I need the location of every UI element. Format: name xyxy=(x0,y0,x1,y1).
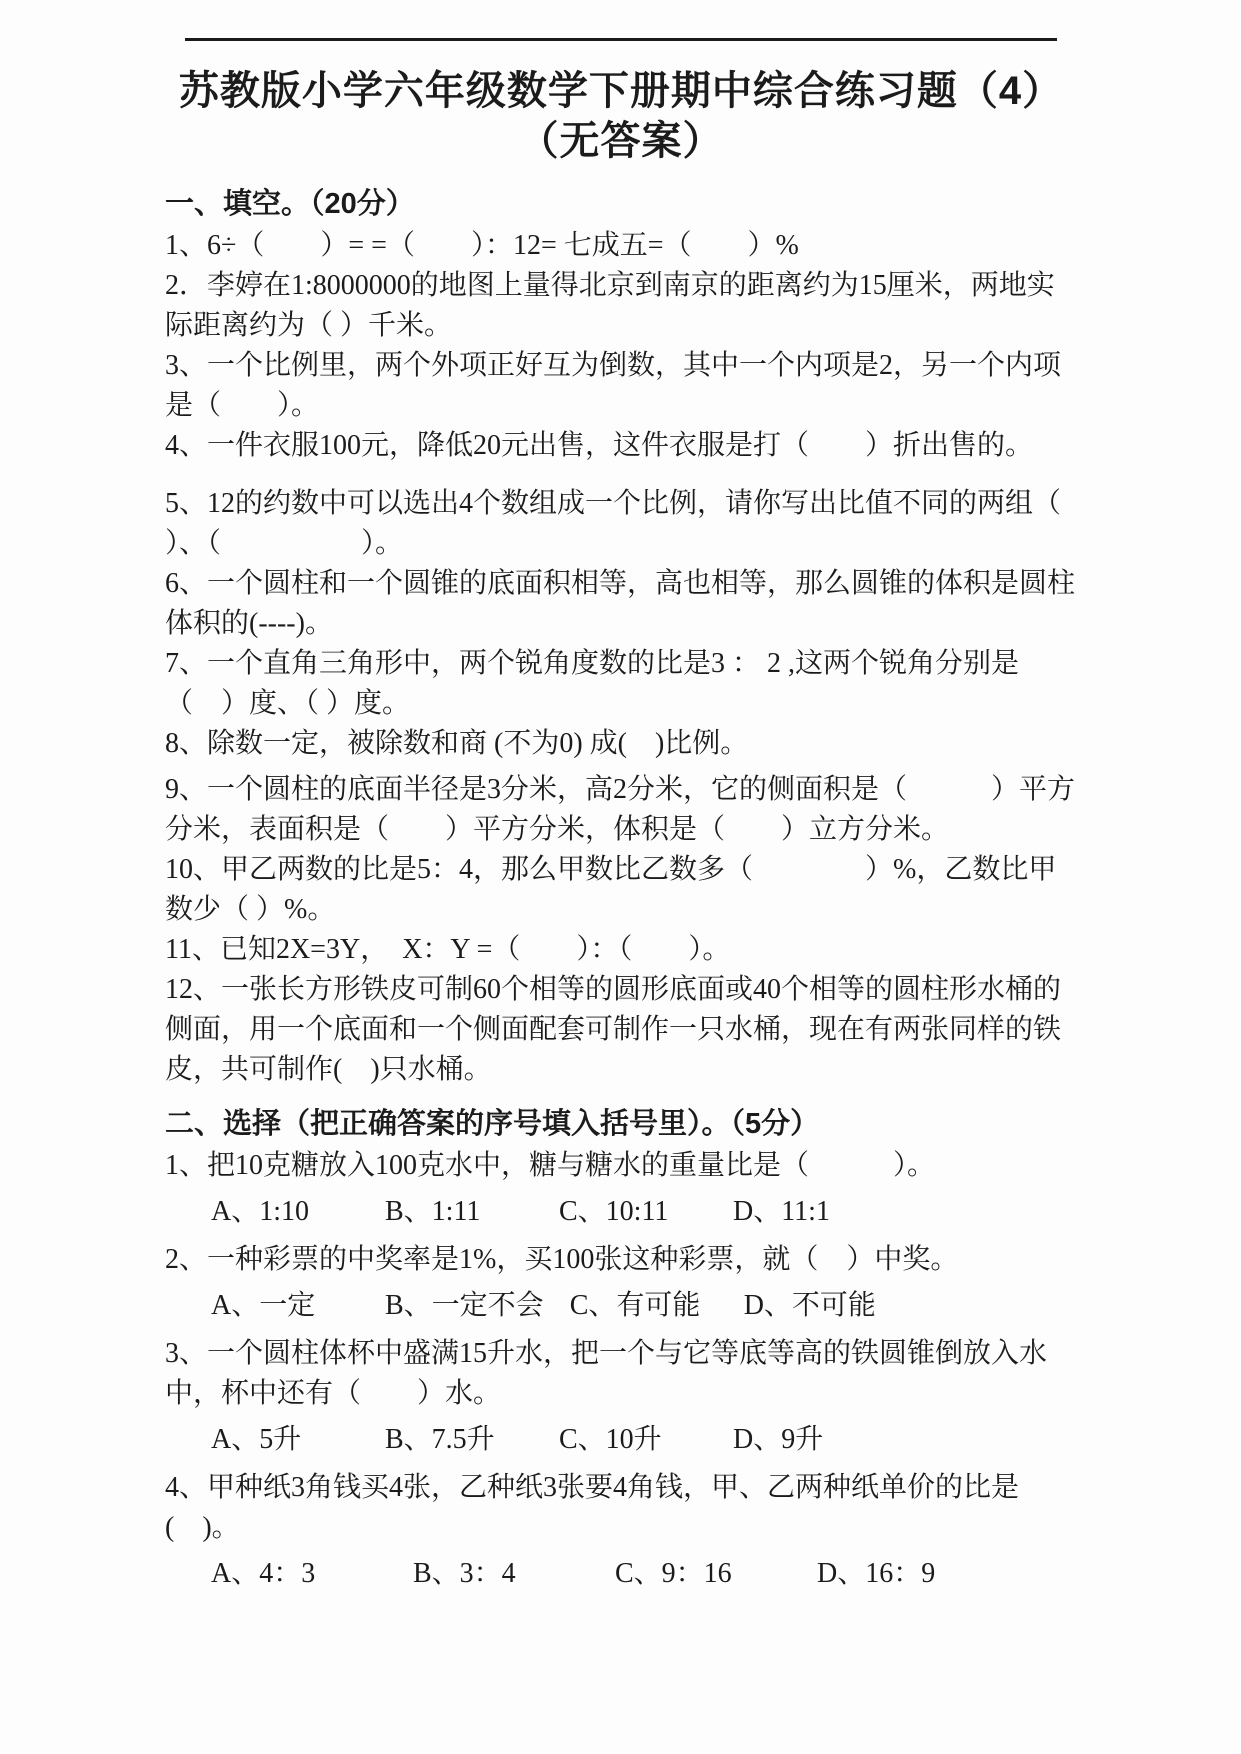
choice-question-2-options: A、一定 B、一定不会 C、有可能 D、不可能 xyxy=(165,1286,1077,1326)
option-b: B、3：4 xyxy=(413,1554,585,1594)
option-c: C、有可能 xyxy=(570,1286,718,1326)
option-b: B、7.5升 xyxy=(385,1420,533,1460)
section-2-heading: 二、选择（把正确答案的序号填入括号里）。（5分） xyxy=(165,1104,1077,1144)
fill-question-10: 10、甲乙两数的比是5：4，那么甲数比乙数多（ ）%，乙数比甲数少（ ）%。 xyxy=(165,850,1077,930)
fill-question-6: 6、一个圆柱和一个圆锥的底面积相等，高也相等，那么圆锥的体积是圆柱体积的(---… xyxy=(165,564,1077,644)
choice-question-1-options: A、1:10 B、1:11 C、10:11 D、11:1 xyxy=(165,1192,1077,1232)
section-multiple-choice: 二、选择（把正确答案的序号填入括号里）。（5分） 1、把10克糖放入100克水中… xyxy=(165,1104,1077,1594)
choice-question-4: 4、甲种纸3角钱买4张，乙种纸3张要4角钱，甲、乙两种纸单价的比是( )。 xyxy=(165,1468,1077,1548)
option-b: B、1:11 xyxy=(385,1192,533,1232)
fill-question-11: 11、已知2X=3Y， X：Y =（ ）：（ ）。 xyxy=(165,930,1077,970)
worksheet-content: 苏教版小学六年级数学下册期中综合练习题（4）（无答案） 一、填空。（20分） 1… xyxy=(165,56,1077,1602)
option-d: D、11:1 xyxy=(733,1192,881,1232)
fill-question-12: 12、一张长方形铁皮可制60个相等的圆形底面或40个相等的圆柱形水桶的侧面，用一… xyxy=(165,970,1077,1090)
option-c: C、9：16 xyxy=(615,1554,787,1594)
option-d: D、16：9 xyxy=(817,1554,989,1594)
fill-question-3: 3、一个比例里，两个外项正好互为倒数，其中一个内项是2，另一个内项是（ ）。 xyxy=(165,346,1077,426)
fill-question-5: 5、12的约数中可以选出4个数组成一个比例，请你写出比值不同的两组（ ）、（ ）… xyxy=(165,484,1077,564)
worksheet-page: 苏教版小学六年级数学下册期中综合练习题（4）（无答案） 一、填空。（20分） 1… xyxy=(0,0,1241,1754)
fill-question-7: 7、一个直角三角形中，两个锐角度数的比是3 ： 2 ,这两个锐角分别是（ ）度、… xyxy=(165,644,1077,724)
worksheet-document: { "page": { "title": "苏教版小学六年级数学下册期中综合练习… xyxy=(0,0,1241,1754)
option-c: C、10:11 xyxy=(559,1192,707,1232)
fill-question-1: 1、6÷（ ）= =（ ）：12= 七成五=（ ）% xyxy=(165,226,1077,266)
option-a: A、4：3 xyxy=(211,1554,383,1594)
fill-question-4: 4、一件衣服100元，降低20元出售，这件衣服是打（ ）折出售的。 xyxy=(165,426,1077,466)
worksheet-title: 苏教版小学六年级数学下册期中综合练习题（4）（无答案） xyxy=(165,66,1077,166)
section-fill-in-blanks: 一、填空。（20分） 1、6÷（ ）= =（ ）：12= 七成五=（ ）% 2．… xyxy=(165,184,1077,1090)
section-1-heading: 一、填空。（20分） xyxy=(165,184,1077,224)
option-d: D、9升 xyxy=(733,1420,881,1460)
header-divider xyxy=(185,38,1057,41)
option-b: B、一定不会 xyxy=(385,1286,544,1326)
fill-question-8: 8、除数一定，被除数和商 (不为0) 成( )比例。 xyxy=(165,724,1077,764)
choice-question-1: 1、把10克糖放入100克水中，糖与糖水的重量比是（ ）。 xyxy=(165,1146,1077,1186)
option-a: A、5升 xyxy=(211,1420,359,1460)
option-a: A、一定 xyxy=(211,1286,359,1326)
choice-question-4-options: A、4：3 B、3：4 C、9：16 D、16：9 xyxy=(165,1554,1077,1594)
option-a: A、1:10 xyxy=(211,1192,359,1232)
choice-question-3: 3、一个圆柱体杯中盛满15升水，把一个与它等底等高的铁圆锥倒放入水中，杯中还有（… xyxy=(165,1334,1077,1414)
option-c: C、10升 xyxy=(559,1420,707,1460)
choice-question-3-options: A、5升 B、7.5升 C、10升 D、9升 xyxy=(165,1420,1077,1460)
choice-question-2: 2、一种彩票的中奖率是1%，买100张这种彩票，就（ ）中奖。 xyxy=(165,1240,1077,1280)
fill-question-9: 9、一个圆柱的底面半径是3分米，高2分米，它的侧面积是（ ）平方分米，表面积是（… xyxy=(165,770,1077,850)
fill-question-2: 2．李婷在1:8000000的地图上量得北京到南京的距离约为15厘米，两地实际距… xyxy=(165,266,1077,346)
option-d: D、不可能 xyxy=(744,1286,892,1326)
